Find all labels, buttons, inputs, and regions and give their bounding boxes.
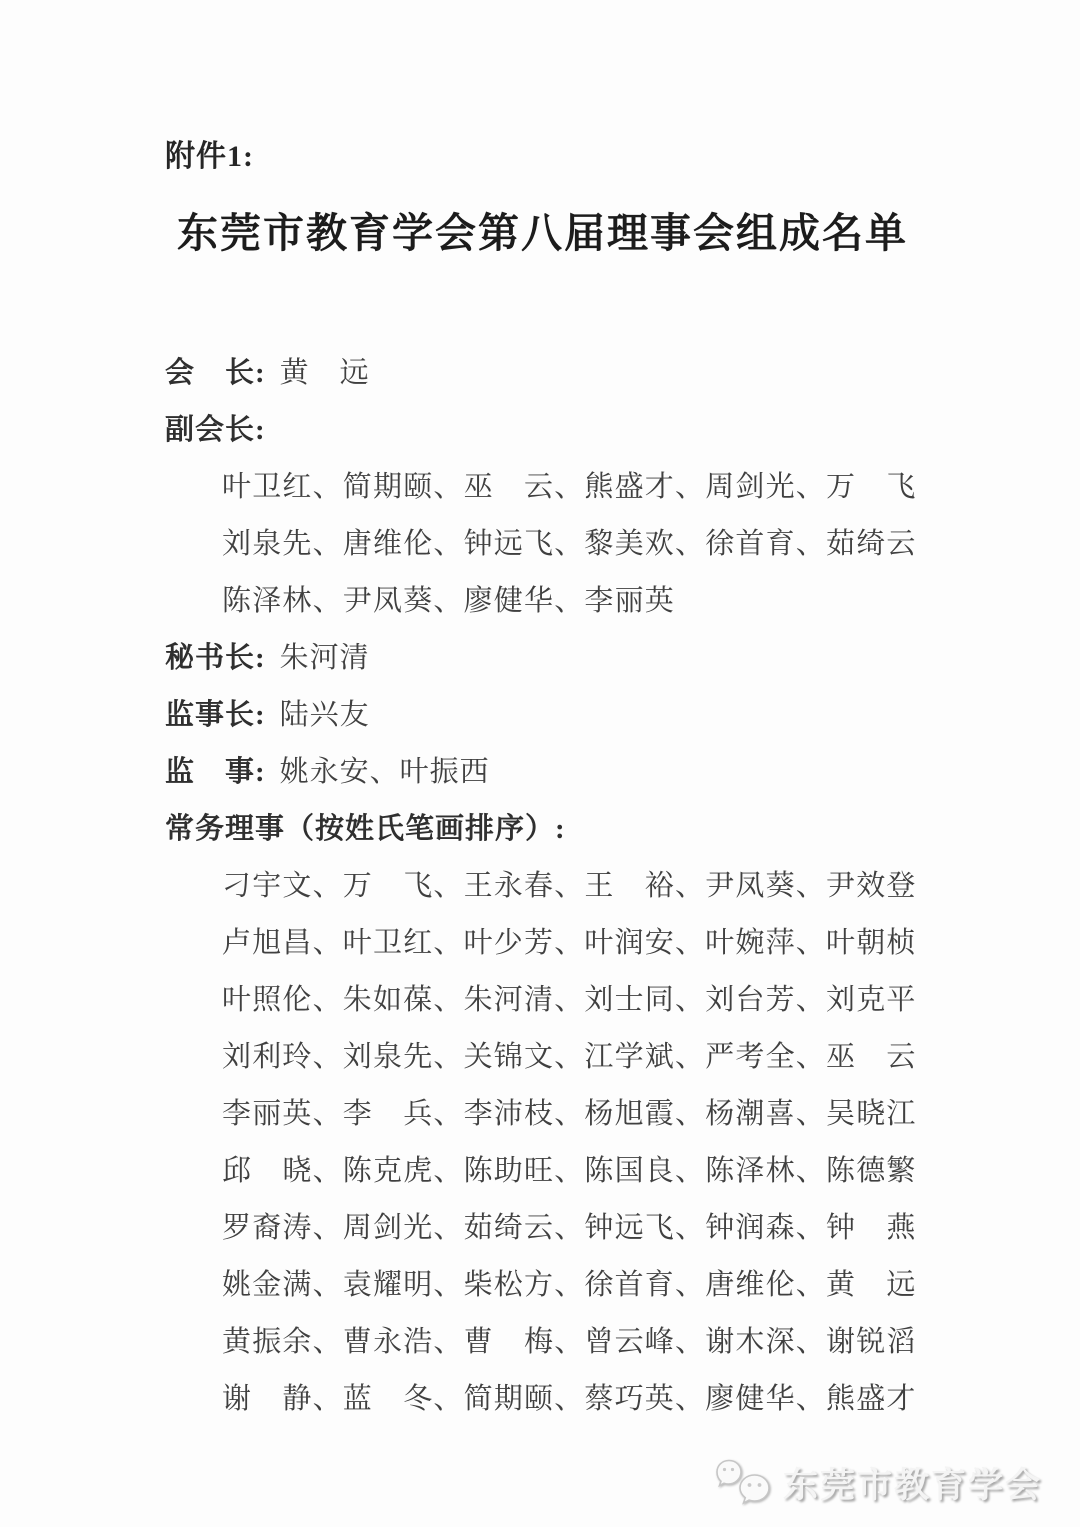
document-body: 会 长:黄 远 副会长: 叶卫红、简期颐、巫 云、熊盛才、周剑光、万 飞 刘泉先… bbox=[165, 345, 920, 1428]
watermark-text: 东莞市教育学会 bbox=[783, 1458, 1042, 1508]
secretary-general-name: 朱河清 bbox=[280, 642, 370, 674]
supervisors-names: 姚永安、叶振西 bbox=[280, 756, 490, 788]
standing-directors-row: 谢 静、蓝 冬、简期颐、蔡巧英、廖健华、熊盛才 bbox=[222, 1371, 920, 1428]
secretary-general-line: 秘书长:朱河清 bbox=[165, 630, 920, 687]
vice-presidents-row: 叶卫红、简期颐、巫 云、熊盛才、周剑光、万 飞 bbox=[222, 459, 920, 516]
vice-presidents-label: 副会长: bbox=[165, 414, 266, 446]
standing-directors-row: 邱 晓、陈克虎、陈助旺、陈国良、陈泽林、陈德繁 bbox=[222, 1143, 920, 1200]
supervisors-label: 监 事: bbox=[165, 756, 266, 788]
page-title: 东莞市教育学会第八届理事会组成名单 bbox=[165, 205, 920, 261]
standing-directors-row: 叶照伦、朱如葆、朱河清、刘士同、刘台芳、刘克平 bbox=[222, 972, 920, 1029]
document-page: 附件1: 东莞市教育学会第八届理事会组成名单 会 长:黄 远 副会长: 叶卫红、… bbox=[0, 0, 1080, 1527]
secretary-general-label: 秘书长: bbox=[165, 642, 266, 674]
standing-directors-line: 常务理事（按姓氏笔画排序）: bbox=[165, 801, 920, 858]
president-name: 黄 远 bbox=[280, 357, 370, 389]
vice-presidents-row: 陈泽林、尹凤葵、廖健华、李丽英 bbox=[222, 573, 920, 630]
president-line: 会 长:黄 远 bbox=[165, 345, 920, 402]
standing-directors-row: 卢旭昌、叶卫红、叶少芳、叶润安、叶婉萍、叶朝桢 bbox=[222, 915, 920, 972]
vice-presidents-line: 副会长: bbox=[165, 402, 920, 459]
chief-supervisor-name: 陆兴友 bbox=[280, 699, 370, 731]
standing-directors-row: 黄振余、曹永浩、曹 梅、曾云峰、谢木深、谢锐滔 bbox=[222, 1314, 920, 1371]
standing-directors-row: 姚金满、袁耀明、柴松方、徐首育、唐维伦、黄 远 bbox=[222, 1257, 920, 1314]
supervisors-line: 监 事:姚永安、叶振西 bbox=[165, 744, 920, 801]
standing-directors-row: 罗裔涛、周剑光、茹绮云、钟远飞、钟润森、钟 燕 bbox=[222, 1200, 920, 1257]
attachment-label: 附件1: bbox=[165, 137, 920, 177]
standing-directors-row: 刘利玲、刘泉先、关锦文、江学斌、严考全、巫 云 bbox=[222, 1029, 920, 1086]
vice-presidents-row: 刘泉先、唐维伦、钟远飞、黎美欢、徐首育、茹绮云 bbox=[222, 516, 920, 573]
chief-supervisor-label: 监事长: bbox=[165, 699, 266, 731]
wechat-icon bbox=[715, 1459, 773, 1507]
standing-directors-label: 常务理事（按姓氏笔画排序）: bbox=[165, 813, 566, 845]
standing-directors-row: 刁宇文、万 飞、王永春、王 裕、尹凤葵、尹效登 bbox=[222, 858, 920, 915]
watermark: 东莞市教育学会 bbox=[715, 1458, 1042, 1508]
chief-supervisor-line: 监事长:陆兴友 bbox=[165, 687, 920, 744]
standing-directors-row: 李丽英、李 兵、李沛枝、杨旭霞、杨潮喜、吴晓江 bbox=[222, 1086, 920, 1143]
president-label: 会 长: bbox=[165, 357, 266, 389]
